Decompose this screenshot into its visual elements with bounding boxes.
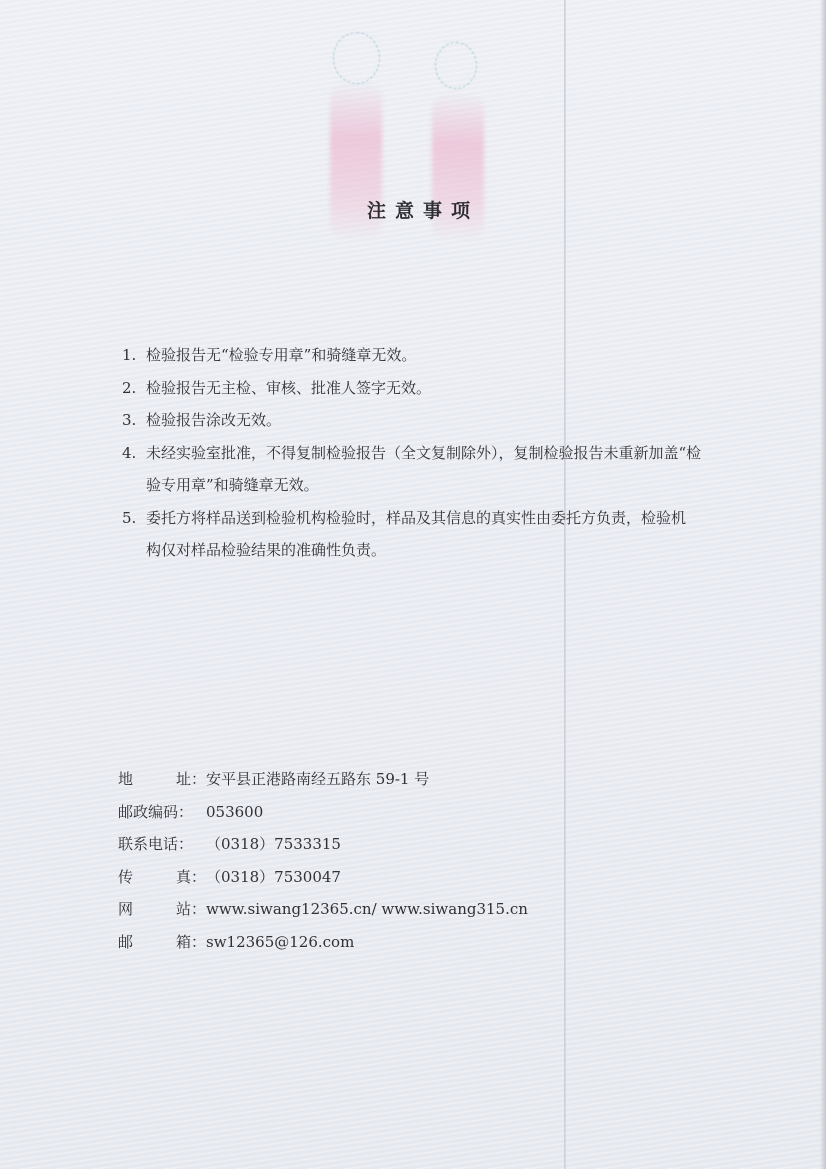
- note-item: 1. 检验报告无“检验专用章”和骑缝章无效。: [122, 339, 722, 372]
- note-number: 4.: [122, 437, 146, 470]
- note-item: 5. 委托方将样品送到检验机构检验时，样品及其信息的真实性由委托方负责，检验机构…: [122, 502, 722, 567]
- faint-seal-mark: [435, 42, 477, 89]
- note-text: 未经实验室批准，不得复制检验报告（全文复制除外），复制检验报告未重新加盖“检验专…: [146, 437, 706, 502]
- note-text: 检验报告涂改无效。: [146, 404, 722, 437]
- email-row: 邮 箱： sw12365@126.com: [118, 926, 528, 959]
- note-item: 3. 检验报告涂改无效。: [122, 404, 722, 437]
- address-label: 地 址：: [118, 763, 206, 796]
- note-text: 检验报告无“检验专用章”和骑缝章无效。: [146, 339, 722, 372]
- postcode-label: 邮政编码：: [118, 796, 206, 829]
- note-number: 3.: [122, 404, 146, 437]
- note-item: 4. 未经实验室批准，不得复制检验报告（全文复制除外），复制检验报告未重新加盖“…: [122, 437, 722, 502]
- website-label: 网 站：: [118, 893, 206, 926]
- page-edge-shadow: [820, 0, 826, 1169]
- faint-seal-mark: [333, 32, 380, 84]
- contact-info: 地 址： 安平县正港路南经五路东 59-1 号 邮政编码： 053600 联系电…: [118, 763, 528, 958]
- document-page: 注意事项 1. 检验报告无“检验专用章”和骑缝章无效。 2. 检验报告无主检、审…: [0, 0, 826, 1169]
- note-item: 2. 检验报告无主检、审核、批准人签字无效。: [122, 372, 722, 405]
- note-number: 5.: [122, 502, 146, 535]
- website-value: www.siwang12365.cn/ www.siwang315.cn: [206, 893, 528, 926]
- note-number: 1.: [122, 339, 146, 372]
- email-value: sw12365@126.com: [206, 926, 354, 959]
- address-value: 安平县正港路南经五路东 59-1 号: [206, 763, 429, 796]
- note-text: 检验报告无主检、审核、批准人签字无效。: [146, 372, 722, 405]
- website-row: 网 站： www.siwang12365.cn/ www.siwang315.c…: [118, 893, 528, 926]
- fax-row: 传 真： （0318）7530047: [118, 861, 528, 894]
- notes-list: 1. 检验报告无“检验专用章”和骑缝章无效。 2. 检验报告无主检、审核、批准人…: [122, 339, 722, 567]
- note-text: 委托方将样品送到检验机构检验时，样品及其信息的真实性由委托方负责，检验机构仅对样…: [146, 502, 691, 567]
- phone-row: 联系电话： （0318）7533315: [118, 828, 528, 861]
- note-number: 2.: [122, 372, 146, 405]
- fax-label: 传 真：: [118, 861, 206, 894]
- postcode-row: 邮政编码： 053600: [118, 796, 528, 829]
- phone-value: （0318）7533315: [206, 828, 341, 861]
- email-label: 邮 箱：: [118, 926, 206, 959]
- phone-label: 联系电话：: [118, 828, 206, 861]
- address-row: 地 址： 安平县正港路南经五路东 59-1 号: [118, 763, 528, 796]
- fold-line: [564, 0, 566, 1169]
- postcode-value: 053600: [206, 796, 263, 829]
- fax-value: （0318）7530047: [206, 861, 341, 894]
- page-title: 注意事项: [0, 196, 826, 223]
